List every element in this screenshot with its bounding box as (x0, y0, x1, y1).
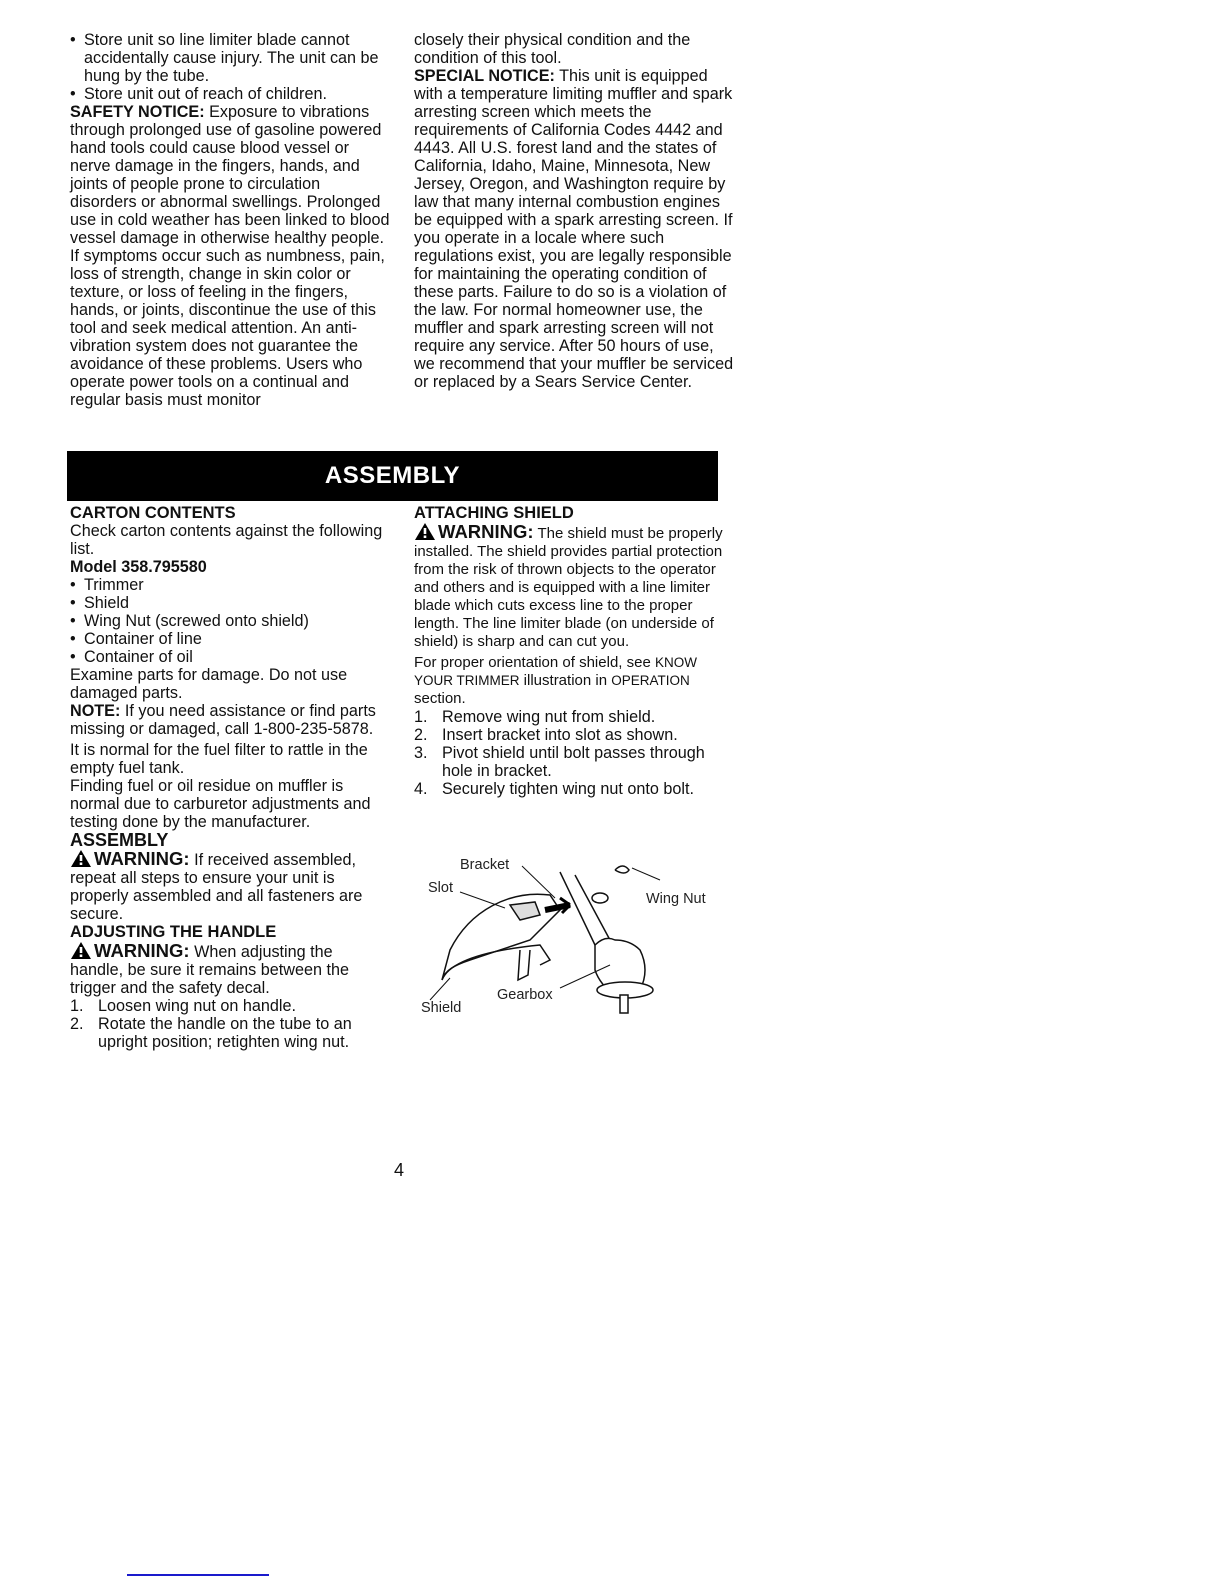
shield-step: 2.Insert bracket into slot as shown. (414, 726, 734, 744)
page-number: 4 (394, 1160, 404, 1181)
special-notice-label: SPECIAL NOTICE: (414, 67, 555, 85)
assembly-heading: ASSEMBLY (70, 831, 390, 849)
shield-heading: ATTACHING SHIELD (414, 504, 734, 522)
examine-text: Examine parts for damage. Do not use dam… (70, 666, 390, 702)
carton-item: Trimmer (70, 576, 390, 594)
handle-warning: WARNING: When adjusting the handle, be s… (70, 941, 390, 997)
note-label: NOTE: (70, 702, 120, 720)
wing-nut-label: Wing Nut (646, 891, 706, 907)
warning-label: WARNING: (94, 848, 190, 869)
special-notice: SPECIAL NOTICE: This unit is equipped wi… (414, 67, 734, 391)
carton-intro: Check carton contents against the follow… (70, 522, 390, 558)
carton-column: CARTON CONTENTS Check carton contents ag… (70, 504, 390, 1051)
residue-text: Finding fuel or oil residue on muffler i… (70, 777, 390, 831)
orientation-text: For proper orientation of shield, see KN… (414, 654, 734, 708)
shield-label: Shield (421, 1000, 461, 1016)
special-notice-text: This unit is equipped with a temperature… (414, 67, 733, 391)
model-number: Model 358.795580 (70, 558, 390, 576)
assembly-warning: WARNING: If received assembled, repeat a… (70, 849, 390, 923)
carton-item: Shield (70, 594, 390, 612)
gearbox-label: Gearbox (497, 987, 553, 1003)
carton-heading: CARTON CONTENTS (70, 504, 390, 522)
safety-notice-text: Exposure to vibrations through prolonged… (70, 103, 389, 409)
warning-label: WARNING: (438, 521, 534, 542)
warning-text: The shield must be properly installed. T… (414, 525, 723, 650)
bracket-label: Bracket (460, 857, 509, 873)
safety-notice: SAFETY NOTICE: Exposure to vibrations th… (70, 103, 390, 409)
fuel-filter-text: It is normal for the fuel filter to ratt… (70, 741, 390, 777)
footer-rule (127, 1574, 269, 1576)
slot-label: Slot (428, 880, 453, 896)
note: NOTE: If you need assistance or find par… (70, 702, 390, 738)
safety-notice-label: SAFETY NOTICE: (70, 103, 205, 121)
warning-triangle-icon (414, 522, 436, 541)
shield-step: 3.Pivot shield until bolt passes through… (414, 744, 734, 780)
carton-item: Container of oil (70, 648, 390, 666)
safety-column-left: Store unit so line limiter blade cannot … (70, 31, 390, 409)
shield-warning: WARNING: The shield must be properly ins… (414, 522, 734, 651)
warning-label: WARNING: (94, 940, 190, 961)
carton-item: Container of line (70, 630, 390, 648)
shield-step: 1.Remove wing nut from shield. (414, 708, 734, 726)
storage-bullet: Store unit so line limiter blade cannot … (70, 31, 390, 85)
handle-step: 1.Loosen wing nut on handle. (70, 997, 390, 1015)
safety-column-right: closely their physical condition and the… (414, 31, 734, 391)
handle-heading: ADJUSTING THE HANDLE (70, 923, 390, 941)
warning-triangle-icon (70, 941, 92, 960)
storage-bullet: Store unit out of reach of children. (70, 85, 390, 103)
shield-step: 4.Securely tighten wing nut onto bolt. (414, 780, 734, 798)
handle-step: 2.Rotate the handle on the tube to an up… (70, 1015, 390, 1051)
shield-attachment-diagram: Bracket Slot Wing Nut Gearbox Shield (410, 850, 730, 1030)
shield-column: ATTACHING SHIELD WARNING: The shield mus… (414, 504, 734, 798)
carton-item: Wing Nut (screwed onto shield) (70, 612, 390, 630)
continuation-text: closely their physical condition and the… (414, 31, 734, 67)
warning-triangle-icon (70, 849, 92, 868)
assembly-banner: ASSEMBLY (67, 451, 718, 501)
